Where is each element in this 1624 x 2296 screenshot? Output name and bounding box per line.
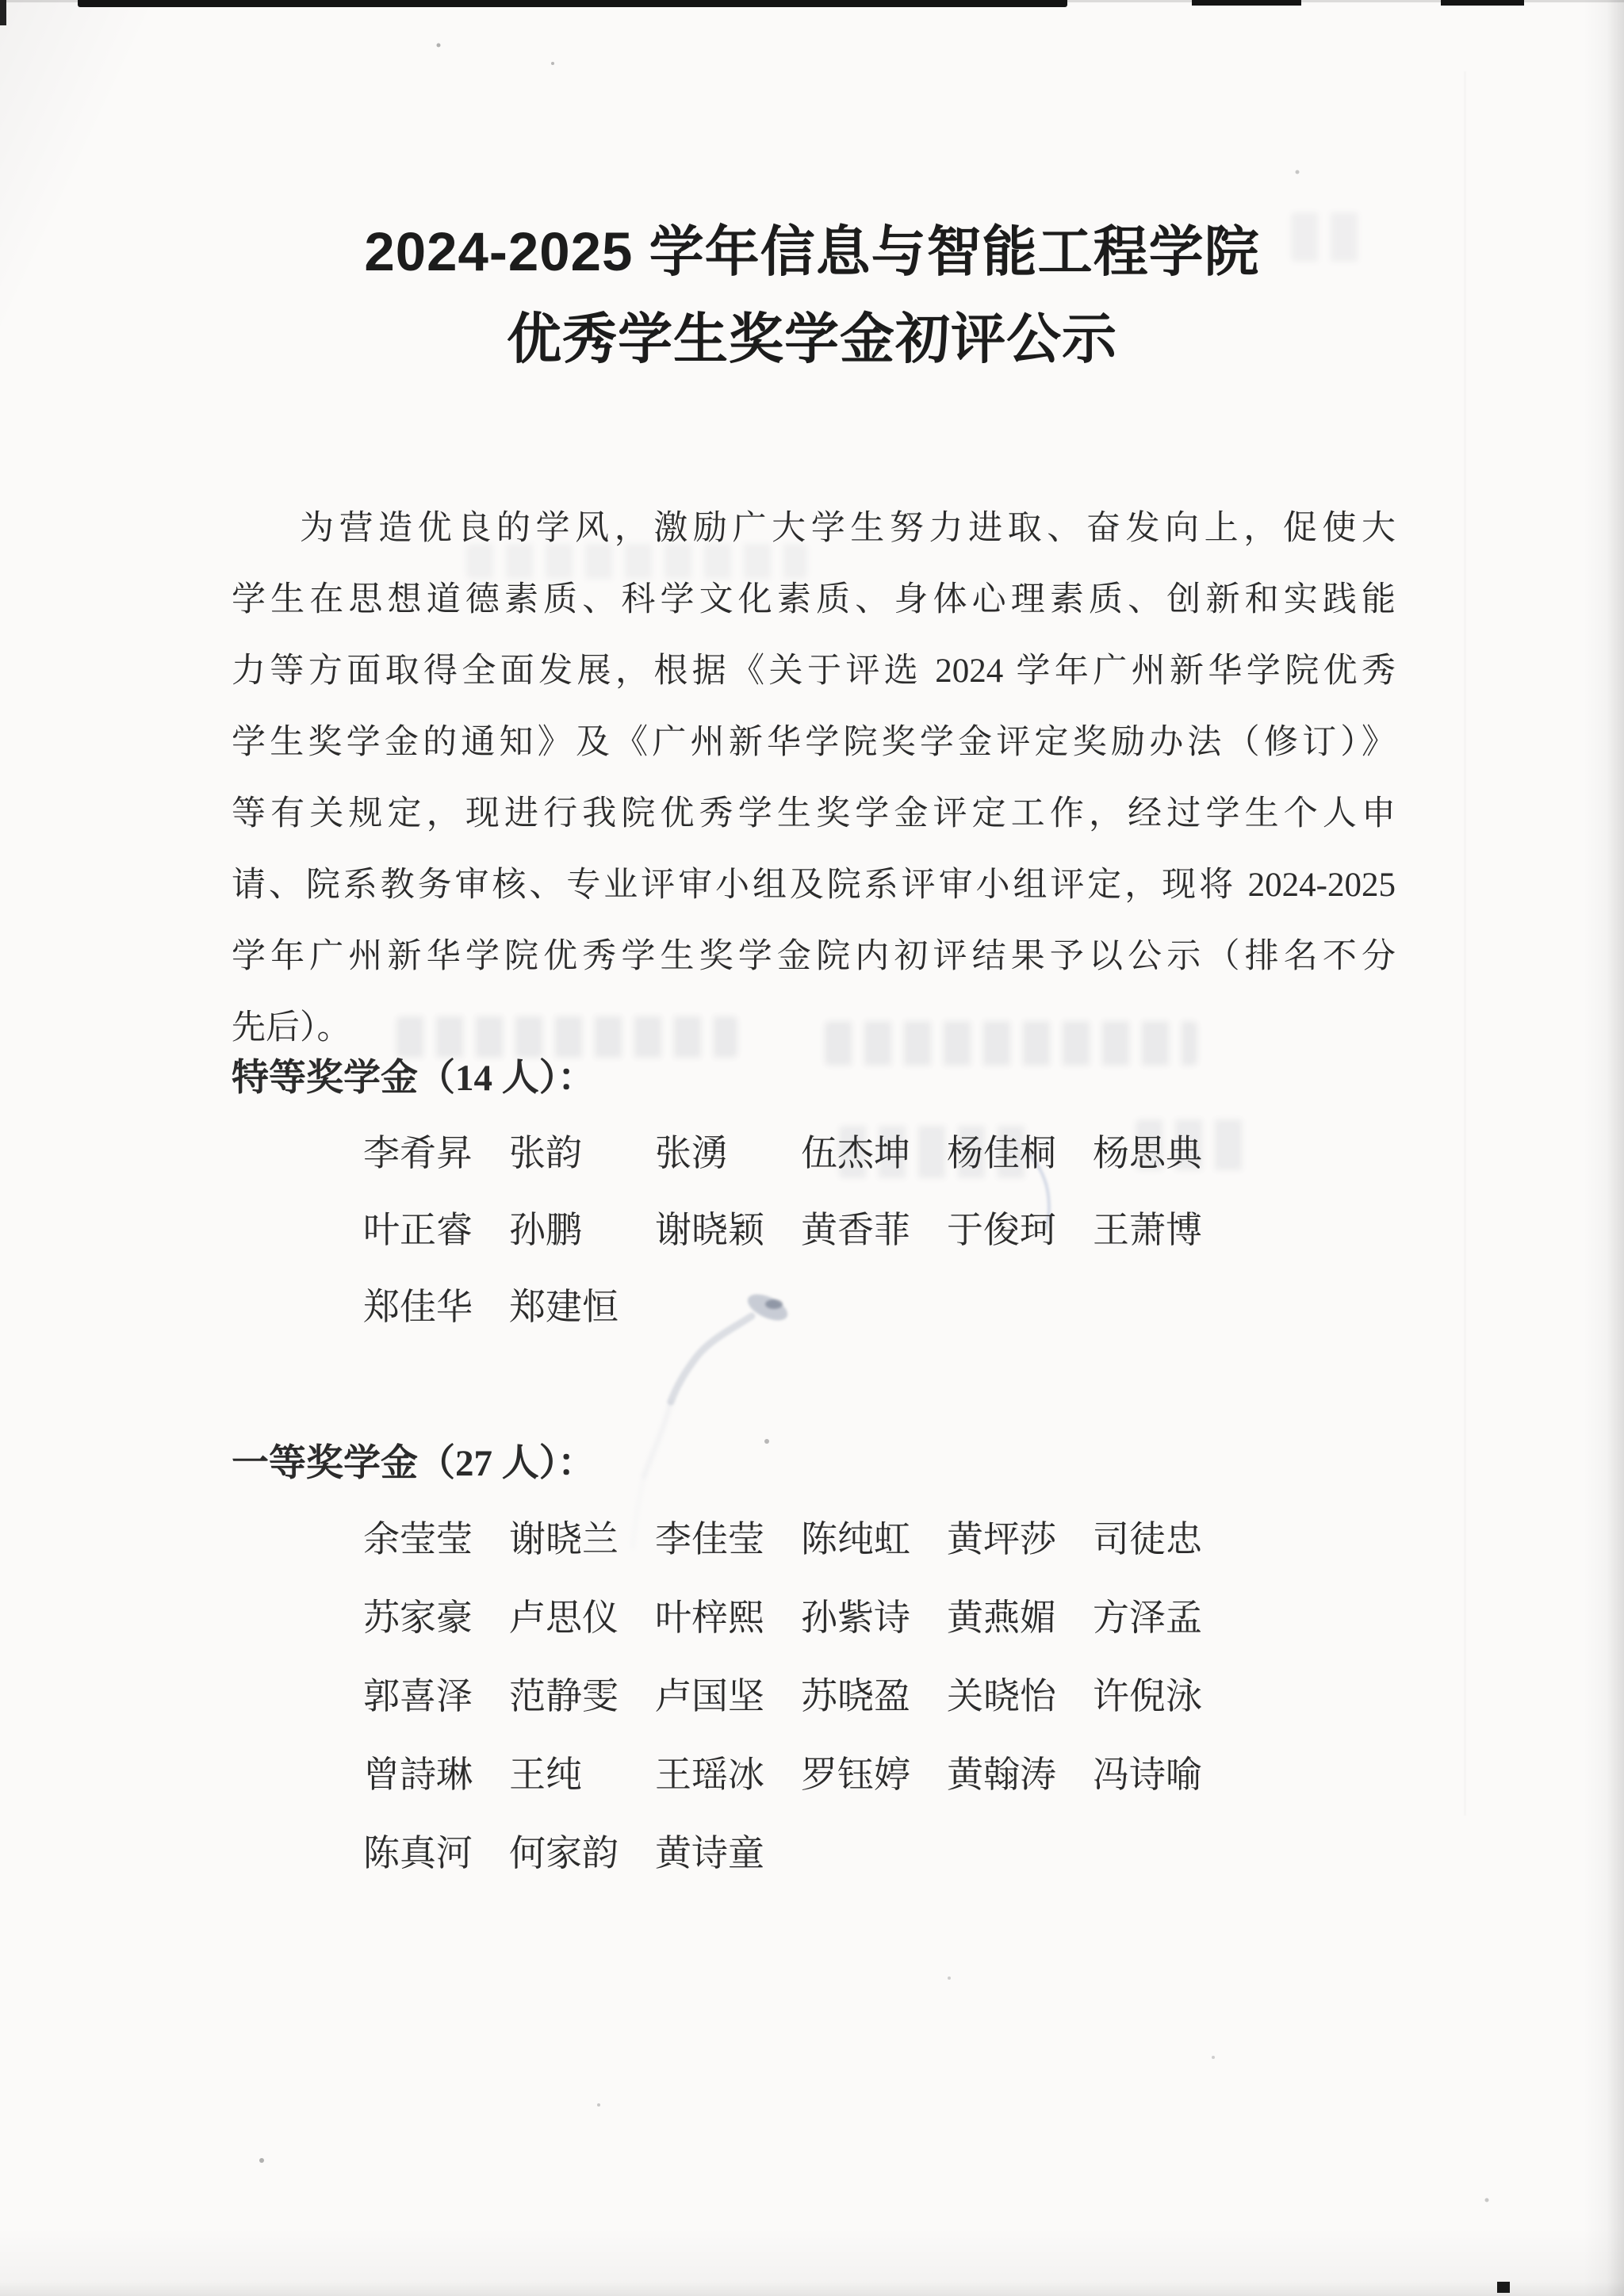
paragraph-line: 为营造优良的学风，激励广大学生努力进取、奋发向上，促使大 (232, 493, 1396, 564)
scan-corner-mark (0, 0, 6, 25)
paragraph-line: 先后）。 (232, 993, 1396, 1064)
paragraph-line: 力等方面取得全面发展，根据《关于评选 2024 学年广州新华学院优秀 (232, 636, 1396, 707)
section-heading-first-class-award: 一等奖学金（27 人）： (232, 1440, 595, 1487)
name-row: 苏家豪 卢思仪 叶梓熙 孙紫诗 黄燕媚 方泽孟 (363, 1578, 1202, 1657)
paragraph-line: 请、院系教务审核、专业评审小组及院系评审小组评定，现将 2024-2025 (232, 850, 1396, 921)
name-row: 曾詩琳 王纯 王瑶冰 罗钰婷 黄翰涛 冯诗喻 (363, 1735, 1202, 1814)
name-row: 郭喜泽 范静雯 卢国坚 苏晓盈 关晓怡 许倪泳 (363, 1657, 1202, 1735)
section-heading-special-award: 特等奖学金（14 人）： (232, 1054, 595, 1102)
paragraph-line: 学生奖学金的通知》及《广州新华学院奖学金评定奖励办法（修订）》 (232, 707, 1396, 779)
paragraph-line: 等有关规定，现进行我院优秀学生奖学金评定工作，经过学生个人申 (232, 779, 1396, 850)
first-class-award-name-list: 余莹莹 谢晓兰 李佳莹 陈纯虹 黄坪莎 司徒忠 苏家豪 卢思仪 叶梓熙 孙紫诗 … (363, 1500, 1202, 1892)
scanned-document-page: 2024-2025 学年信息与智能工程学院 优秀学生奖学金初评公示 为营造优良的… (0, 0, 1624, 2296)
name-row: 李肴昇 张韵 张湧 伍杰坤 杨佳桐 杨思典 (363, 1115, 1202, 1192)
document-title-line-2: 优秀学生奖学金初评公示 (0, 306, 1624, 373)
scan-top-strip (1192, 0, 1301, 6)
scan-edge-shadow (0, 2282, 1624, 2296)
paragraph-line: 学年广州新华学院优秀学生奖学金院内初评结果予以公示（排名不分 (232, 921, 1396, 993)
name-row: 余莹莹 谢晓兰 李佳莹 陈纯虹 黄坪莎 司徒忠 (363, 1500, 1202, 1578)
name-row: 郑佳华 郑建恒 (363, 1269, 1202, 1345)
document-title-line-1: 2024-2025 学年信息与智能工程学院 (0, 219, 1624, 285)
scan-top-strip (1441, 0, 1524, 6)
announcement-paragraph: 为营造优良的学风，激励广大学生努力进取、奋发向上，促使大 学生在思想道德素质、科… (232, 493, 1396, 1064)
special-award-name-list: 李肴昇 张韵 张湧 伍杰坤 杨佳桐 杨思典 叶正睿 孙鹏 谢晓颖 黄香菲 于俊珂… (363, 1115, 1202, 1345)
name-row: 叶正睿 孙鹏 谢晓颖 黄香菲 于俊珂 王萧博 (363, 1192, 1202, 1269)
paragraph-line: 学生在思想道德素质、科学文化素质、身体心理素质、创新和实践能 (232, 564, 1396, 636)
scan-top-strip (78, 0, 1067, 7)
name-row: 陈真河 何家韵 黄诗童 (363, 1814, 1202, 1892)
